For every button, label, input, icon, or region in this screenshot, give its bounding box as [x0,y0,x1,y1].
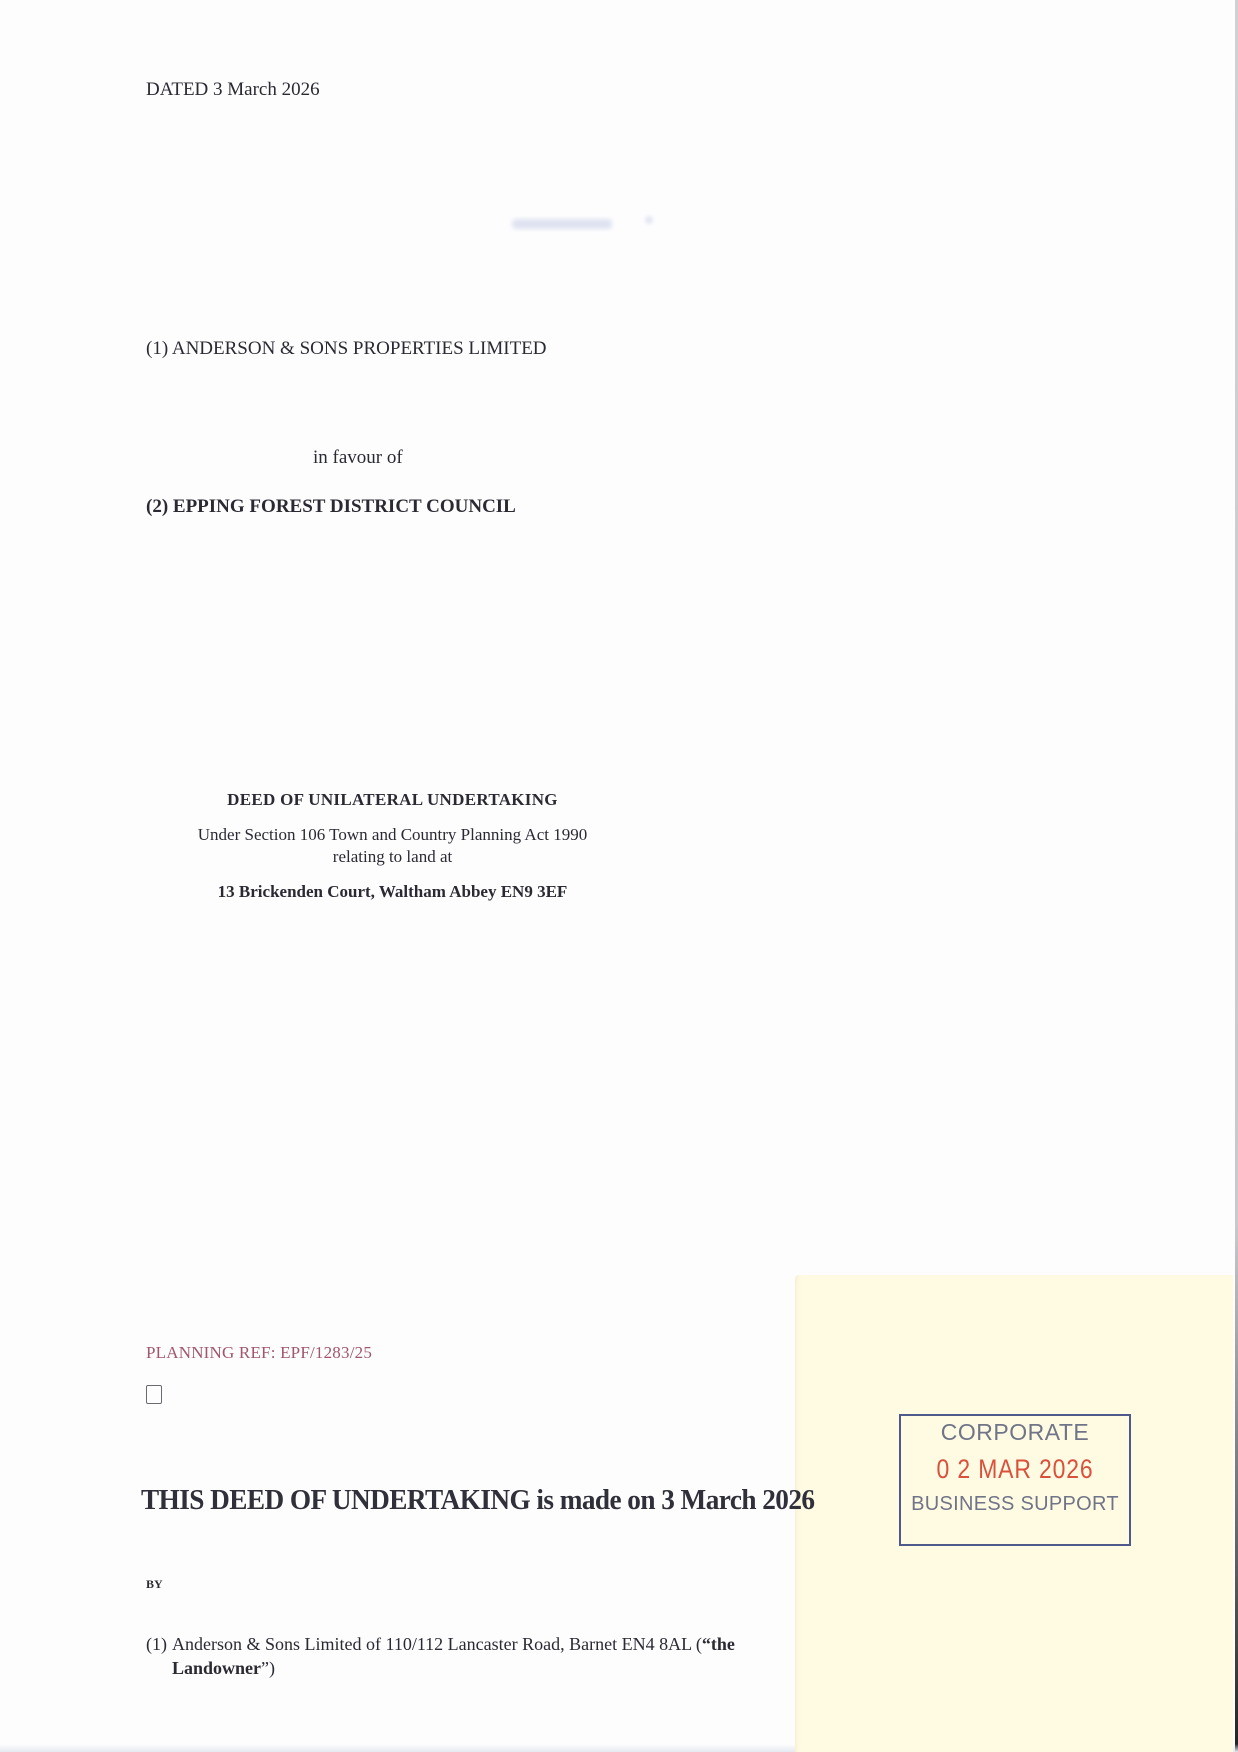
stamp-date: 0 2 MAR 2026 [918,1454,1112,1485]
party-1: (1) ANDERSON & SONS PROPERTIES LIMITED [146,338,547,360]
landowner-clause: (1)Anderson & Sons Limited of 110/112 La… [146,1632,796,1680]
in-favour-of: in favour of [313,447,403,469]
land-address: 13 Brickenden Court, Waltham Abbey EN9 3… [140,882,645,902]
bleed-through-dot [645,216,653,224]
clause-number: (1) [146,1632,172,1656]
section-line-1: Under Section 106 Town and Country Plann… [140,824,645,846]
title-block: DEED OF UNILATERAL UNDERTAKING Under Sec… [140,790,645,902]
defined-term-open: “the [702,1634,735,1654]
stamp-department: CORPORATE [901,1419,1129,1446]
landowner-text: Anderson & Sons Limited of 110/112 Lanca… [172,1634,702,1654]
main-heading: THIS DEED OF UNDERTAKING is made on 3 Ma… [141,1484,814,1517]
defined-term: Landowner [172,1658,261,1678]
checkbox-icon[interactable] [146,1385,162,1404]
defined-term-close: ”) [261,1658,275,1678]
dated-line: DATED 3 March 2026 [146,79,320,101]
planning-reference: PLANNING REF: EPF/1283/25 [146,1343,372,1363]
stamp-unit: BUSINESS SUPPORT [901,1493,1129,1516]
section-reference: Under Section 106 Town and Country Plann… [140,824,645,868]
by-label: BY [146,1577,163,1592]
section-line-2: relating to land at [140,846,645,868]
deed-title: DEED OF UNILATERAL UNDERTAKING [140,790,645,810]
party-2: (2) EPPING FOREST DISTRICT COUNCIL [146,496,516,518]
bleed-through-mark [512,219,612,229]
received-stamp: CORPORATE 0 2 MAR 2026 BUSINESS SUPPORT [899,1414,1131,1546]
